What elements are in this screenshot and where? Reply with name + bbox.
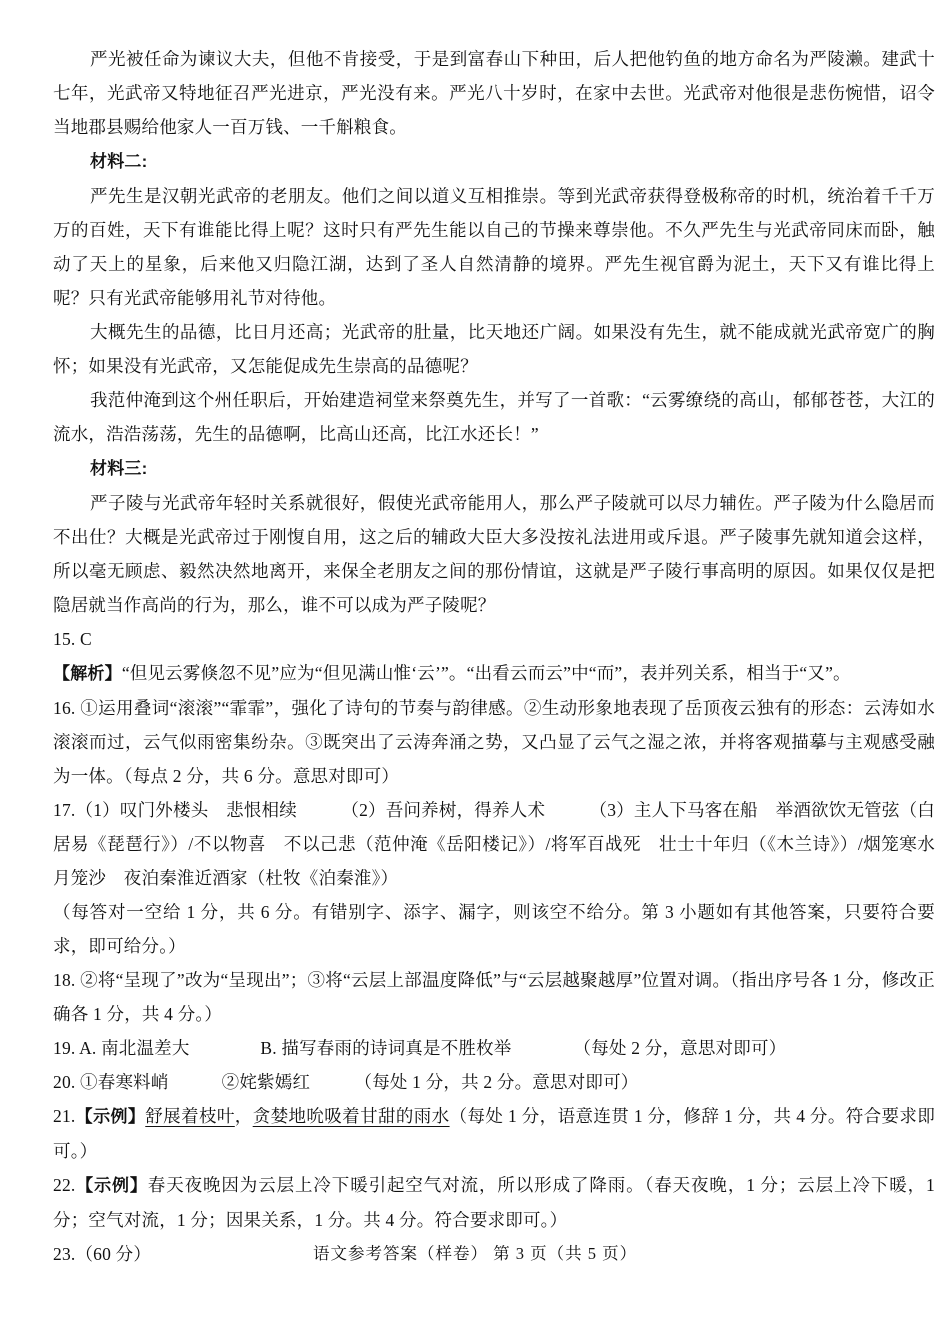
answer-16: 16. ①运用叠词“滚滚”“霏霏”，强化了诗句的节奏与韵律感。②生动形象地表现了… bbox=[53, 691, 935, 793]
underlined-run: 舒展着枝叶 bbox=[145, 1106, 235, 1126]
text-run: 16. ①运用叠词“滚滚”“霏霏”，强化了诗句的节奏与韵律感。②生动形象地表现了… bbox=[53, 698, 935, 786]
answer-22: 22.【示例】春天夜晚因为云层上冷下暖引起空气对流，所以形成了降雨。（春天夜晚，… bbox=[53, 1168, 935, 1237]
text-run: ， bbox=[235, 1106, 253, 1126]
underlined-run: 贪婪地吮吸着甘甜的雨水 bbox=[253, 1106, 450, 1126]
text-run: 21. bbox=[53, 1106, 75, 1126]
answer-18: 18. ②将“呈现了”改为“呈现出”；③将“云层上部温度降低”与“云层越聚越厚”… bbox=[53, 963, 935, 1031]
material-two-para-2: 大概先生的品德，比日月还高；光武帝的肚量，比天地还广阔。如果没有先生，就不能成就… bbox=[53, 315, 935, 383]
answer-15-analysis: 【解析】“但见云雾倏忽不见”应为“但见满山惟‘云’”。“出看云而云”中“而”，表… bbox=[53, 656, 935, 691]
text-run: 严光被任命为谏议大夫，但他不肯接受，于是到富春山下种田，后人把他钓鱼的地方命名为… bbox=[53, 49, 935, 137]
bold-run: 材料三: bbox=[90, 459, 147, 478]
material-three-heading: 材料三: bbox=[53, 451, 935, 486]
text-run: 19. A. 南北温差大 B. 描写春雨的诗词真是不胜枚举 （每处 2 分，意思… bbox=[53, 1038, 786, 1058]
answer-21: 21.【示例】舒展着枝叶，贪婪地吮吸着甘甜的雨水（每处 1 分，语意连贯 1 分… bbox=[53, 1099, 935, 1168]
material-two-para-3: 我范仲淹到这个州任职后，开始建造祠堂来祭奠先生，并写了一首歌：“云雾缭绕的高山，… bbox=[53, 383, 935, 451]
text-run: 大概先生的品德，比日月还高；光武帝的肚量，比天地还广阔。如果没有先生，就不能成就… bbox=[53, 322, 935, 376]
text-run: “但见云雾倏忽不见”应为“但见满山惟‘云’”。“出看云而云”中“而”，表并列关系… bbox=[122, 663, 851, 683]
bold-run: 材料二: bbox=[90, 152, 147, 171]
answer-19: 19. A. 南北温差大 B. 描写春雨的诗词真是不胜枚举 （每处 2 分，意思… bbox=[53, 1031, 935, 1065]
material-two-heading: 材料二: bbox=[53, 144, 935, 179]
answer-20: 20. ①春寒料峭 ②姹紫嫣红 （每处 1 分，共 2 分。意思对即可） bbox=[53, 1065, 935, 1099]
text-run: 20. ①春寒料峭 ②姹紫嫣红 （每处 1 分，共 2 分。意思对即可） bbox=[53, 1072, 639, 1092]
text-run: 春天夜晚因为云层上冷下暖引起空气对流，所以形成了降雨。（春天夜晚，1 分；云层上… bbox=[53, 1175, 935, 1230]
answer-sheet-page: 严光被任命为谏议大夫，但他不肯接受，于是到富春山下种田，后人把他钓鱼的地方命名为… bbox=[0, 0, 950, 1344]
text-run: 18. ②将“呈现了”改为“呈现出”；③将“云层上部温度降低”与“云层越聚越厚”… bbox=[53, 970, 935, 1024]
text-run: 我范仲淹到这个州任职后，开始建造祠堂来祭奠先生，并写了一首歌：“云雾缭绕的高山，… bbox=[53, 390, 935, 444]
answer-17-note: （每答对一空给 1 分，共 6 分。有错别字、添字、漏字，则该空不给分。第 3 … bbox=[53, 895, 935, 963]
bold-run: 【示例】 bbox=[75, 1107, 145, 1126]
bold-run: 【示例】 bbox=[75, 1176, 147, 1195]
text-run: 22. bbox=[53, 1175, 75, 1195]
document-body: 严光被任命为谏议大夫，但他不肯接受，于是到富春山下种田，后人把他钓鱼的地方命名为… bbox=[53, 42, 935, 1271]
material-one-body: 严光被任命为谏议大夫，但他不肯接受，于是到富春山下种田，后人把他钓鱼的地方命名为… bbox=[53, 42, 935, 144]
bold-run: 【解析】 bbox=[53, 664, 122, 683]
answer-15: 15. C bbox=[53, 622, 935, 656]
answer-17: 17.（1）叹门外楼头 悲恨相续 （2）吾问养树，得养人术 （3）主人下马客在船… bbox=[53, 793, 935, 895]
text-run: 严子陵与光武帝年轻时关系就很好，假使光武帝能用人，那么严子陵就可以尽力辅佐。严子… bbox=[53, 493, 935, 615]
text-run: 严先生是汉朝光武帝的老朋友。他们之间以道义互相推崇。等到光武帝获得登极称帝的时机… bbox=[53, 186, 935, 308]
text-run: 15. C bbox=[53, 629, 92, 649]
text-run: （每答对一空给 1 分，共 6 分。有错别字、添字、漏字，则该空不给分。第 3 … bbox=[53, 902, 935, 956]
text-run: 17.（1）叹门外楼头 悲恨相续 （2）吾问养树，得养人术 （3）主人下马客在船… bbox=[53, 800, 935, 888]
page-footer: 语文参考答案（样卷） 第 3 页（共 5 页） bbox=[0, 1240, 950, 1264]
material-three-body: 严子陵与光武帝年轻时关系就很好，假使光武帝能用人，那么严子陵就可以尽力辅佐。严子… bbox=[53, 486, 935, 622]
material-two-para-1: 严先生是汉朝光武帝的老朋友。他们之间以道义互相推崇。等到光武帝获得登极称帝的时机… bbox=[53, 179, 935, 315]
